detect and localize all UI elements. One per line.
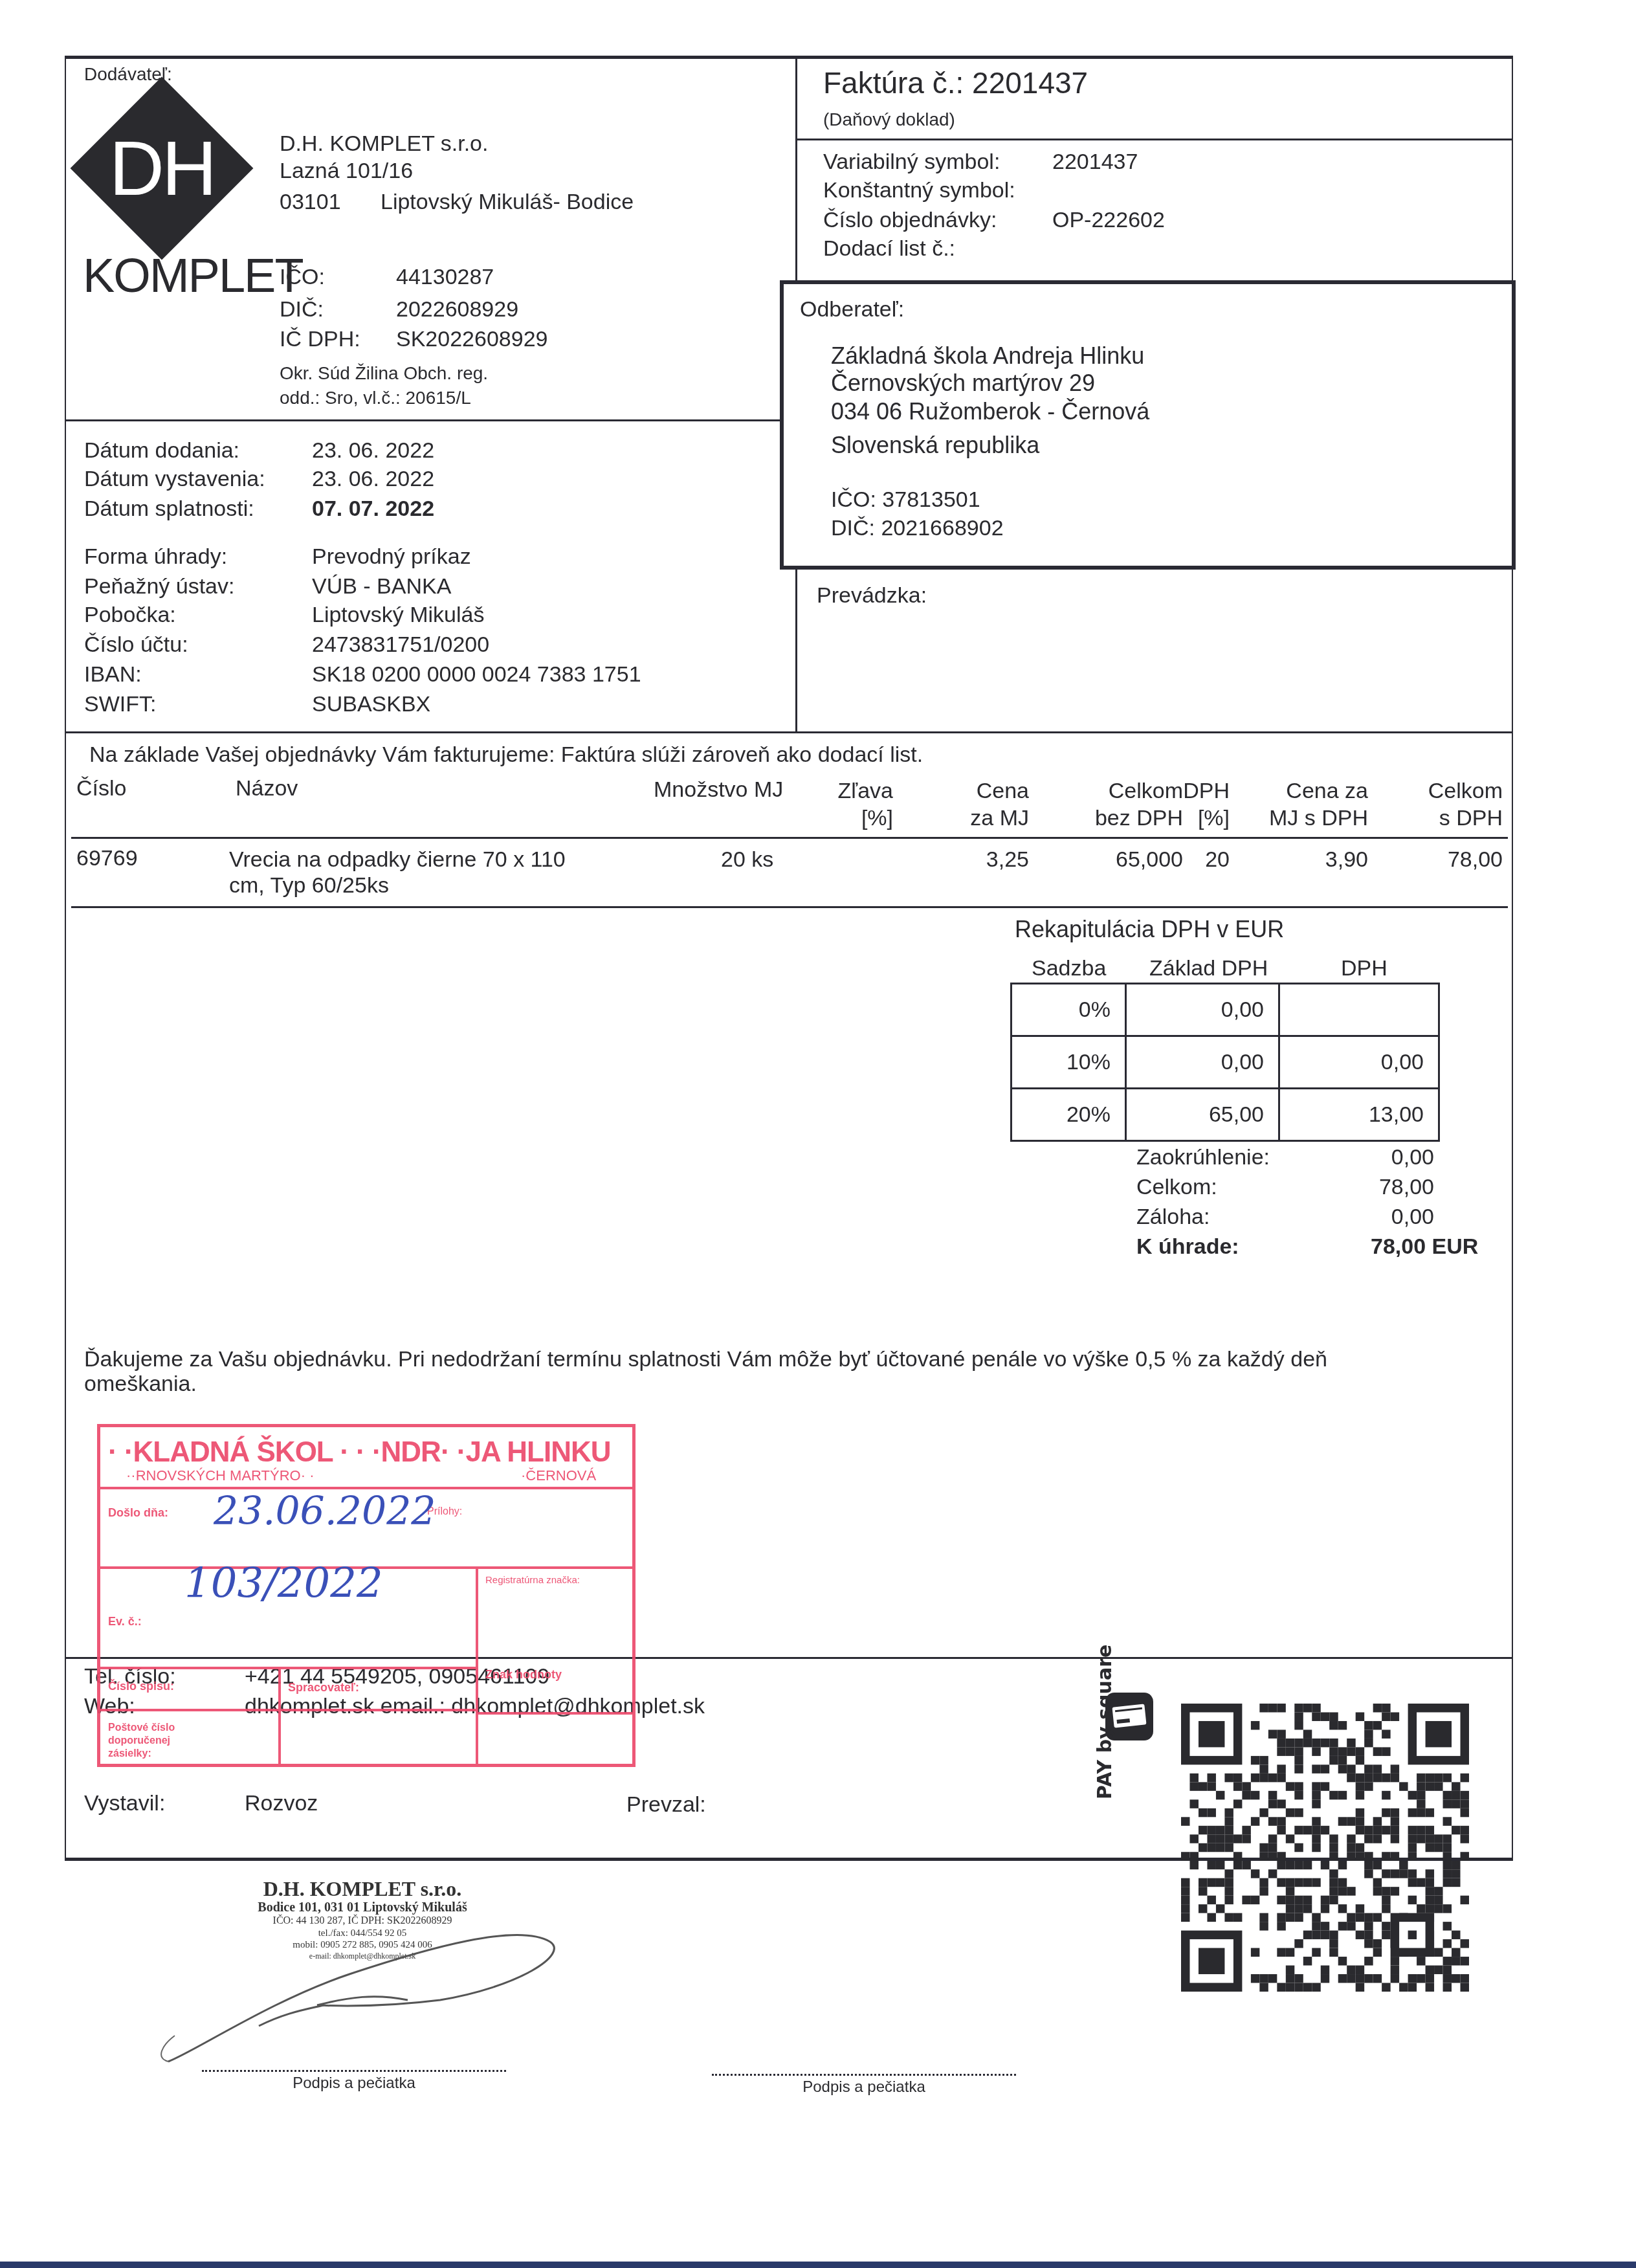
deposit-label: Záloha: (1136, 1203, 1210, 1231)
total-label: Celkom: (1136, 1173, 1217, 1201)
date-due-value: 07. 07. 2022 (312, 495, 434, 523)
stamp-value-label: Znak hodnoty (485, 1668, 562, 1682)
item-name-line2: cm, Typ 60/25ks (229, 871, 389, 900)
vat-rate-cell: 0% (1011, 984, 1126, 1036)
items-bottom-divider (71, 906, 1508, 908)
rounding-label: Zaokrúhlenie: (1136, 1143, 1270, 1172)
col-header-discount-1: Zľava (802, 777, 893, 805)
supplier-street: Lazná 101/16 (280, 157, 413, 185)
company-logo-letters: DH (78, 127, 246, 211)
supplier-dic-label: DIČ: (280, 295, 324, 324)
invoice-title-divider (796, 139, 1512, 140)
ref-variable-symbol-label: Variabilný symbol: (823, 148, 1000, 176)
thank-you-note-2: omeškania. (84, 1370, 197, 1398)
payment-method-value: Prevodný príkaz (312, 542, 471, 571)
stamp-retention-label: Registratúrna značka: (485, 1575, 580, 1586)
vat-amount-cell: 0,00 (1279, 1036, 1439, 1089)
vat-header-vat: DPH (1341, 954, 1387, 983)
buyer-country: Slovenská republika (831, 431, 1039, 460)
date-issue-value: 23. 06. 2022 (312, 465, 434, 493)
ref-order-number-value: OP-222602 (1052, 206, 1165, 234)
col-header-unit-price-1: Cena (919, 777, 1029, 805)
vat-rate-cell: 10% (1011, 1036, 1126, 1089)
invoice-title: Faktúra č.: 2201437 (823, 65, 1088, 101)
scan-edge (0, 2262, 1636, 2268)
branch-label: Pobočka: (84, 601, 176, 629)
col-header-quantity: Množstvo MJ (654, 775, 783, 804)
signature-caption-left: Podpis a pečiatka (202, 2074, 506, 2093)
amount-due-label: K úhrade: (1136, 1232, 1239, 1261)
date-due-label: Dátum splatnosti: (84, 495, 254, 523)
item-quantity: 20 ks (721, 845, 773, 874)
stamp-postal-label: Poštové číslo doporučenej zásielky: (108, 1722, 205, 1761)
date-issue-label: Dátum vystavenia: (84, 465, 265, 493)
buyer-ico: IČO: 37813501 (831, 485, 980, 514)
account-value: 2473831751/0200 (312, 630, 489, 659)
col-header-number: Číslo (76, 774, 126, 803)
item-total-incl: 78,00 (1385, 845, 1503, 874)
deposit-value: 0,00 (1294, 1203, 1434, 1231)
iban-label: IBAN: (84, 660, 142, 689)
signature-line-right (712, 2074, 1016, 2076)
supplier-name: D.H. KOMPLET s.r.o. (280, 129, 488, 158)
supplier-city: Liptovský Mikuláš- Bodice (381, 188, 634, 216)
ref-variable-symbol-value: 2201437 (1052, 148, 1138, 176)
branch-value: Liptovský Mikuláš (312, 601, 484, 629)
received-by-label: Prevzal: (626, 1790, 706, 1819)
ref-constant-symbol-label: Konštantný symbol: (823, 176, 1015, 205)
col-header-total-incl-2: s DPH (1385, 804, 1503, 832)
issued-by-value: Rozvoz (245, 1789, 318, 1818)
col-header-total-excl-1: Celkom (1048, 777, 1183, 805)
item-name-line1: Vrecia na odpadky čierne 70 x 110 (229, 845, 566, 874)
vat-summary-title: Rekapitulácia DPH v EUR (1015, 915, 1284, 944)
vat-header-rate: Sadzba (1032, 954, 1106, 983)
bank-value: VÚB - BANKA (312, 572, 451, 601)
col-header-name: Názov (236, 774, 298, 803)
account-label: Číslo účtu: (84, 630, 188, 659)
supplier-divider (66, 419, 796, 421)
vat-rate-cell: 20% (1011, 1089, 1126, 1141)
col-header-vat-rate-1: DPH (1178, 777, 1230, 805)
items-intro: Na základe Vašej objednávky Vám fakturuj… (89, 740, 923, 769)
handwritten-received-date: 23.06.2022 (214, 1489, 436, 1534)
supplier-registry-1: Okr. Súd Žilina Obch. reg. (280, 362, 488, 384)
header-bottom-divider (66, 731, 1513, 733)
thank-you-note-1: Ďakujeme za Vašu objednávku. Pri nedodrž… (84, 1345, 1327, 1373)
col-header-unit-price-2: za MJ (919, 804, 1029, 832)
ref-delivery-note-label: Dodací list č.: (823, 234, 955, 263)
supplier-zip: 03101 (280, 188, 341, 216)
vat-summary-table: 0% 0,00 10% 0,00 0,00 20% 65,00 13,00 (1010, 983, 1440, 1142)
swift-value: SUBASKBX (312, 690, 430, 718)
vat-row: 20% 65,00 13,00 (1011, 1089, 1439, 1141)
pay-by-square-label: PAY by square (1094, 1645, 1116, 1799)
supplier-icdph-value: SK2022608929 (396, 325, 547, 353)
col-header-unit-price-incl-1: Cena za (1243, 777, 1368, 805)
stamp-handler-label: Spracovateľ: (288, 1681, 359, 1695)
item-number: 69769 (76, 844, 138, 873)
invoice-subtitle: (Daňový doklad) (823, 109, 955, 131)
vat-base-cell: 65,00 (1126, 1089, 1279, 1141)
vat-row: 0% 0,00 (1011, 984, 1439, 1036)
swift-label: SWIFT: (84, 690, 156, 718)
company-stamp-line3: IČO: 44 130 287, IČ DPH: SK2022608929 (207, 1915, 518, 1928)
item-vat-rate: 20 (1178, 845, 1230, 874)
establishment-heading: Prevádzka: (817, 581, 927, 610)
stamp-file-label: Číslo spisu: (108, 1680, 174, 1693)
stamp-school-name: · ·KLADNÁ ŠKOL · · ·NDR· ·JA HLINKU (108, 1436, 610, 1469)
signature-caption-right: Podpis a pečiatka (712, 2078, 1016, 2097)
vat-row: 10% 0,00 0,00 (1011, 1036, 1439, 1089)
vat-amount-cell: 13,00 (1279, 1089, 1439, 1141)
company-stamp-line1: D.H. KOMPLET s.r.o. (207, 1877, 518, 1900)
signature-line-left (202, 2070, 506, 2072)
stamp-school-city: ·ČERNOVÁ (521, 1467, 596, 1484)
col-header-total-incl-1: Celkom (1385, 777, 1503, 805)
vat-amount-cell (1279, 984, 1439, 1036)
total-value: 78,00 (1294, 1173, 1434, 1201)
rounding-value: 0,00 (1294, 1143, 1434, 1172)
buyer-heading: Odberateľ: (800, 295, 904, 324)
date-delivery-value: 23. 06. 2022 (312, 436, 434, 465)
handwritten-reg-number: 103/2022 (184, 1560, 383, 1608)
col-header-total-excl-2: bez DPH (1048, 804, 1183, 832)
item-unit-price: 3,25 (919, 845, 1029, 874)
payment-qr-code (1181, 1704, 1469, 1992)
stamp-reg-label: Ev. č.: (108, 1615, 142, 1629)
vat-base-cell: 0,00 (1126, 984, 1279, 1036)
buyer-name: Základná škola Andreja Hlinku (831, 342, 1144, 370)
handwritten-signature (155, 1929, 569, 2071)
buyer-city: 034 06 Ružomberok - Černová (831, 397, 1149, 426)
date-delivery-label: Dátum dodania: (84, 436, 239, 465)
col-header-unit-price-incl-2: MJ s DPH (1243, 804, 1368, 832)
item-unit-price-incl: 3,90 (1243, 845, 1368, 874)
vat-header-base: Základ DPH (1149, 954, 1268, 983)
company-stamp-line2: Bodice 101, 031 01 Liptovský Mikuláš (207, 1900, 518, 1915)
company-logo-word: KOMPLET (83, 249, 303, 303)
supplier-registry-2: odd.: Sro, vl.č.: 20615/L (280, 387, 471, 409)
buyer-street: Černovských martýrov 29 (831, 369, 1095, 397)
buyer-dic: DIČ: 2021668902 (831, 514, 1004, 542)
bank-label: Peňažný ústav: (84, 572, 234, 601)
supplier-dic-value: 2022608929 (396, 295, 518, 324)
supplier-ico-value: 44130287 (396, 263, 494, 291)
supplier-icdph-label: IČ DPH: (280, 325, 360, 353)
iban-value: SK18 0200 0000 0024 7383 1751 (312, 660, 641, 689)
supplier-ico-label: IČO: (280, 263, 325, 291)
stamp-school-address: ··RNOVSKÝCH MARTÝRO· · (126, 1467, 315, 1484)
vat-base-cell: 0,00 (1126, 1036, 1279, 1089)
amount-due-value: 78,00 EUR (1371, 1232, 1478, 1261)
col-header-vat-rate-2: [%] (1178, 804, 1230, 832)
issued-by-label: Vystavil: (84, 1789, 165, 1818)
ref-order-number-label: Číslo objednávky: (823, 206, 997, 234)
payment-method-label: Forma úhrady: (84, 542, 227, 571)
items-header-divider (71, 837, 1508, 839)
item-total-excl: 65,000 (1048, 845, 1183, 874)
stamp-received-label: Došlo dňa: (108, 1506, 168, 1520)
col-header-discount-2: [%] (802, 804, 893, 832)
